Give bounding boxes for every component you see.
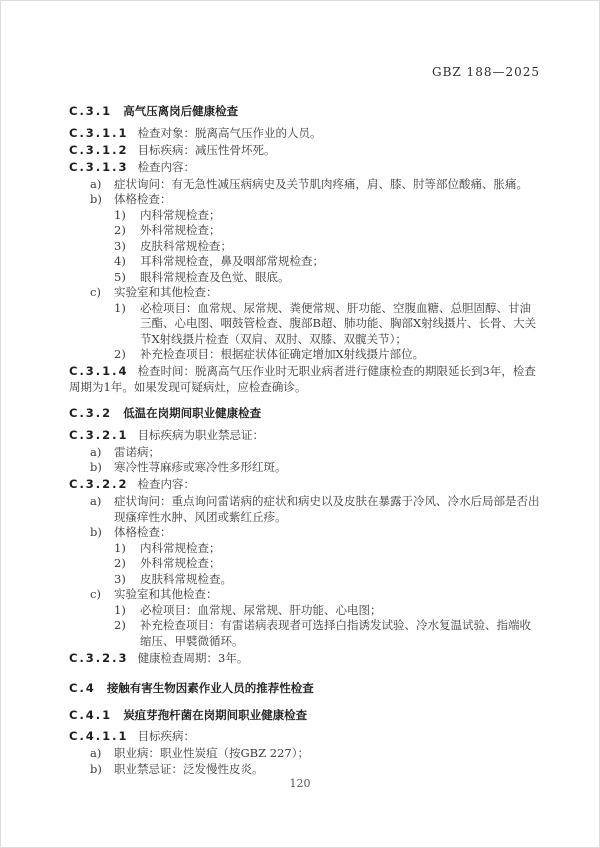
clause-text: 目标疾病：减压性骨坏死。 (138, 143, 276, 157)
clause-number: b) (90, 460, 114, 476)
clause-text: 体格检查： (114, 525, 540, 541)
clause-text: 补充检查项目：有雷诺病表现者可选择白指诱发试验、冷水复温试验、指端收缩压、甲襞微… (140, 618, 540, 649)
page-number: 120 (1, 777, 599, 790)
clause-text: 眼科常规检查及色觉、眼底。 (140, 270, 540, 286)
clause-line: C.3.2.3健康检查周期：3年。 (69, 651, 540, 667)
clause-number: 3) (114, 239, 140, 255)
clause-text: 目标疾病为职业禁忌证： (138, 428, 265, 442)
clause-number: C.3.2 (69, 406, 112, 420)
list-item: 2)补充检查项目：根据症状体征确定增加X射线摄片部位。 (69, 347, 540, 363)
clause-line: C.3.1.3检查内容： (69, 160, 540, 176)
clause-text: 实验室和其他检查： (114, 587, 540, 603)
clause-text: 健康检查周期：3年。 (138, 651, 249, 665)
clause-text: 必检项目：血常规、尿常规、肝功能、心电图； (140, 603, 540, 619)
list-item: c)实验室和其他检查： (69, 285, 540, 301)
list-item: 1)内科常规检查； (69, 208, 540, 224)
section-heading: C.3.1高气压离岗后健康检查 (69, 104, 540, 120)
clause-text: 检查时间：脱离高气压作业时无职业病者进行健康检查的期限延长到3年，检查周期为1年… (69, 364, 536, 394)
running-header-standard-number: GBZ 188—2025 (69, 65, 540, 79)
clause-number: C.4.1 (69, 708, 112, 722)
clause-number: b) (90, 192, 114, 208)
clause-text: 检查内容： (138, 160, 196, 174)
clause-text: 必检项目：血常规、尿常规、粪便常规、肝功能、空腹血糖、总胆固醇、甘油三酯、心电图… (140, 301, 540, 348)
list-item: a)雷诺病； (69, 445, 540, 461)
clause-text: 接触有害生物因素作业人员的推荐性检查 (107, 681, 314, 695)
list-item: 3)皮肤科常规检查； (69, 239, 540, 255)
clause-text: 外科常规检查； (140, 556, 540, 572)
clause-number: b) (90, 762, 114, 778)
clause-text: 低温在岗期间职业健康检查 (123, 406, 261, 420)
list-item: b)寒冷性荨麻疹或寒冷性多形红斑。 (69, 460, 540, 476)
clause-number: 1) (114, 301, 140, 348)
clause-number: a) (90, 177, 114, 193)
clause-text: 症状询问：有无急性减压病病史及关节肌肉疼痛，肩、膝、肘等部位酸痛、胀痛。 (114, 177, 540, 193)
clause-number: 1) (114, 208, 140, 224)
clause-text: 症状询问：重点询问雷诺病的症状和病史以及皮肤在暴露于冷风、冷水后局部是否出现瘙痒… (114, 494, 540, 525)
clause-number: 4) (114, 254, 140, 270)
clause-number: C.3.2.1 (69, 428, 129, 442)
clause-number: C.3.2.3 (69, 651, 129, 665)
clause-text: 检查对象：脱离高气压作业的人员。 (138, 126, 322, 140)
clause-text: 皮肤科常规检查； (140, 239, 540, 255)
clause-number: 2) (114, 556, 140, 572)
section-heading: C.3.2低温在岗期间职业健康检查 (69, 406, 540, 422)
clause-number: b) (90, 525, 114, 541)
clause-text: 耳科常规检查，鼻及咽部常规检查； (140, 254, 540, 270)
clause-text: 皮肤科常规检查。 (140, 572, 540, 588)
list-item: 4)耳科常规检查，鼻及咽部常规检查； (69, 254, 540, 270)
clause-text: 目标疾病： (138, 729, 196, 743)
clause-number: a) (90, 746, 114, 762)
list-item: c)实验室和其他检查： (69, 587, 540, 603)
clause-number: a) (90, 445, 114, 461)
list-item: 2)外科常规检查； (69, 223, 540, 239)
clause-text: 寒冷性荨麻疹或寒冷性多形红斑。 (114, 460, 540, 476)
clause-text: 炭疽芽孢杆菌在岗期间职业健康检查 (123, 708, 307, 722)
clause-line: C.3.2.1目标疾病为职业禁忌证： (69, 428, 540, 444)
list-item: 1)必检项目：血常规、尿常规、肝功能、心电图； (69, 603, 540, 619)
clause-number: 2) (114, 347, 140, 363)
list-item: 2)补充检查项目：有雷诺病表现者可选择白指诱发试验、冷水复温试验、指端收缩压、甲… (69, 618, 540, 649)
list-item: 1)内科常规检查； (69, 541, 540, 557)
clause-text: 高气压离岗后健康检查 (123, 104, 238, 118)
list-item: 2)外科常规检查； (69, 556, 540, 572)
clause-line: C.3.1.2目标疾病：减压性骨坏死。 (69, 143, 540, 159)
clause-number: 5) (114, 270, 140, 286)
clause-number: C.3.1.1 (69, 126, 129, 140)
list-item: b)体格检查： (69, 525, 540, 541)
clause-text: 内科常规检查； (140, 541, 540, 557)
clause-text: 实验室和其他检查： (114, 285, 540, 301)
clause-number: c) (90, 587, 114, 603)
clause-number: c) (90, 285, 114, 301)
list-item: a)症状询问：有无急性减压病病史及关节肌肉疼痛，肩、膝、肘等部位酸痛、胀痛。 (69, 177, 540, 193)
clause-number: a) (90, 494, 114, 525)
list-item: b)职业禁忌证：泛发慢性皮炎。 (69, 762, 540, 778)
clause-number: C.4.1.1 (69, 729, 129, 743)
list-item: 1)必检项目：血常规、尿常规、粪便常规、肝功能、空腹血糖、总胆固醇、甘油三酯、心… (69, 301, 540, 348)
clause-number: 2) (114, 618, 140, 649)
clause-number: C.4 (69, 681, 96, 695)
clause-number: C.3.1.3 (69, 160, 129, 174)
document-body: C.3.1高气压离岗后健康检查C.3.1.1检查对象：脱离高气压作业的人员。C.… (69, 93, 540, 777)
section-heading: C.4.1炭疽芽孢杆菌在岗期间职业健康检查 (69, 708, 540, 724)
clause-text: 职业禁忌证：泛发慢性皮炎。 (114, 762, 540, 778)
clause-text: 外科常规检查； (140, 223, 540, 239)
list-item: 5)眼科常规检查及色觉、眼底。 (69, 270, 540, 286)
clause-text: 检查内容： (138, 477, 196, 491)
clause-line: C.4.1.1目标疾病： (69, 729, 540, 745)
clause-number: 1) (114, 603, 140, 619)
section-heading: C.4接触有害生物因素作业人员的推荐性检查 (69, 681, 540, 697)
clause-number: C.3.2.2 (69, 477, 129, 491)
clause-number: 2) (114, 223, 140, 239)
list-item: 3)皮肤科常规检查。 (69, 572, 540, 588)
clause-number: 3) (114, 572, 140, 588)
clause-number: C.3.1.4 (69, 364, 129, 378)
document-page: GBZ 188—2025 C.3.1高气压离岗后健康检查C.3.1.1检查对象：… (0, 0, 600, 848)
list-item: b)体格检查： (69, 192, 540, 208)
clause-text: 职业病：职业性炭疽（按GBZ 227）； (114, 746, 540, 762)
clause-text: 内科常规检查； (140, 208, 540, 224)
clause-number: C.3.1.2 (69, 143, 129, 157)
list-item: a)症状询问：重点询问雷诺病的症状和病史以及皮肤在暴露于冷风、冷水后局部是否出现… (69, 494, 540, 525)
clause-line: C.3.1.1检查对象：脱离高气压作业的人员。 (69, 126, 540, 142)
clause-line: C.3.2.2检查内容： (69, 477, 540, 493)
clause-text: 雷诺病； (114, 445, 540, 461)
clause-line: C.3.1.4检查时间：脱离高气压作业时无职业病者进行健康检查的期限延长到3年，… (69, 364, 540, 395)
clause-text: 补充检查项目：根据症状体征确定增加X射线摄片部位。 (140, 347, 540, 363)
clause-number: C.3.1 (69, 104, 112, 118)
list-item: a)职业病：职业性炭疽（按GBZ 227）； (69, 746, 540, 762)
clause-text: 体格检查： (114, 192, 540, 208)
clause-number: 1) (114, 541, 140, 557)
